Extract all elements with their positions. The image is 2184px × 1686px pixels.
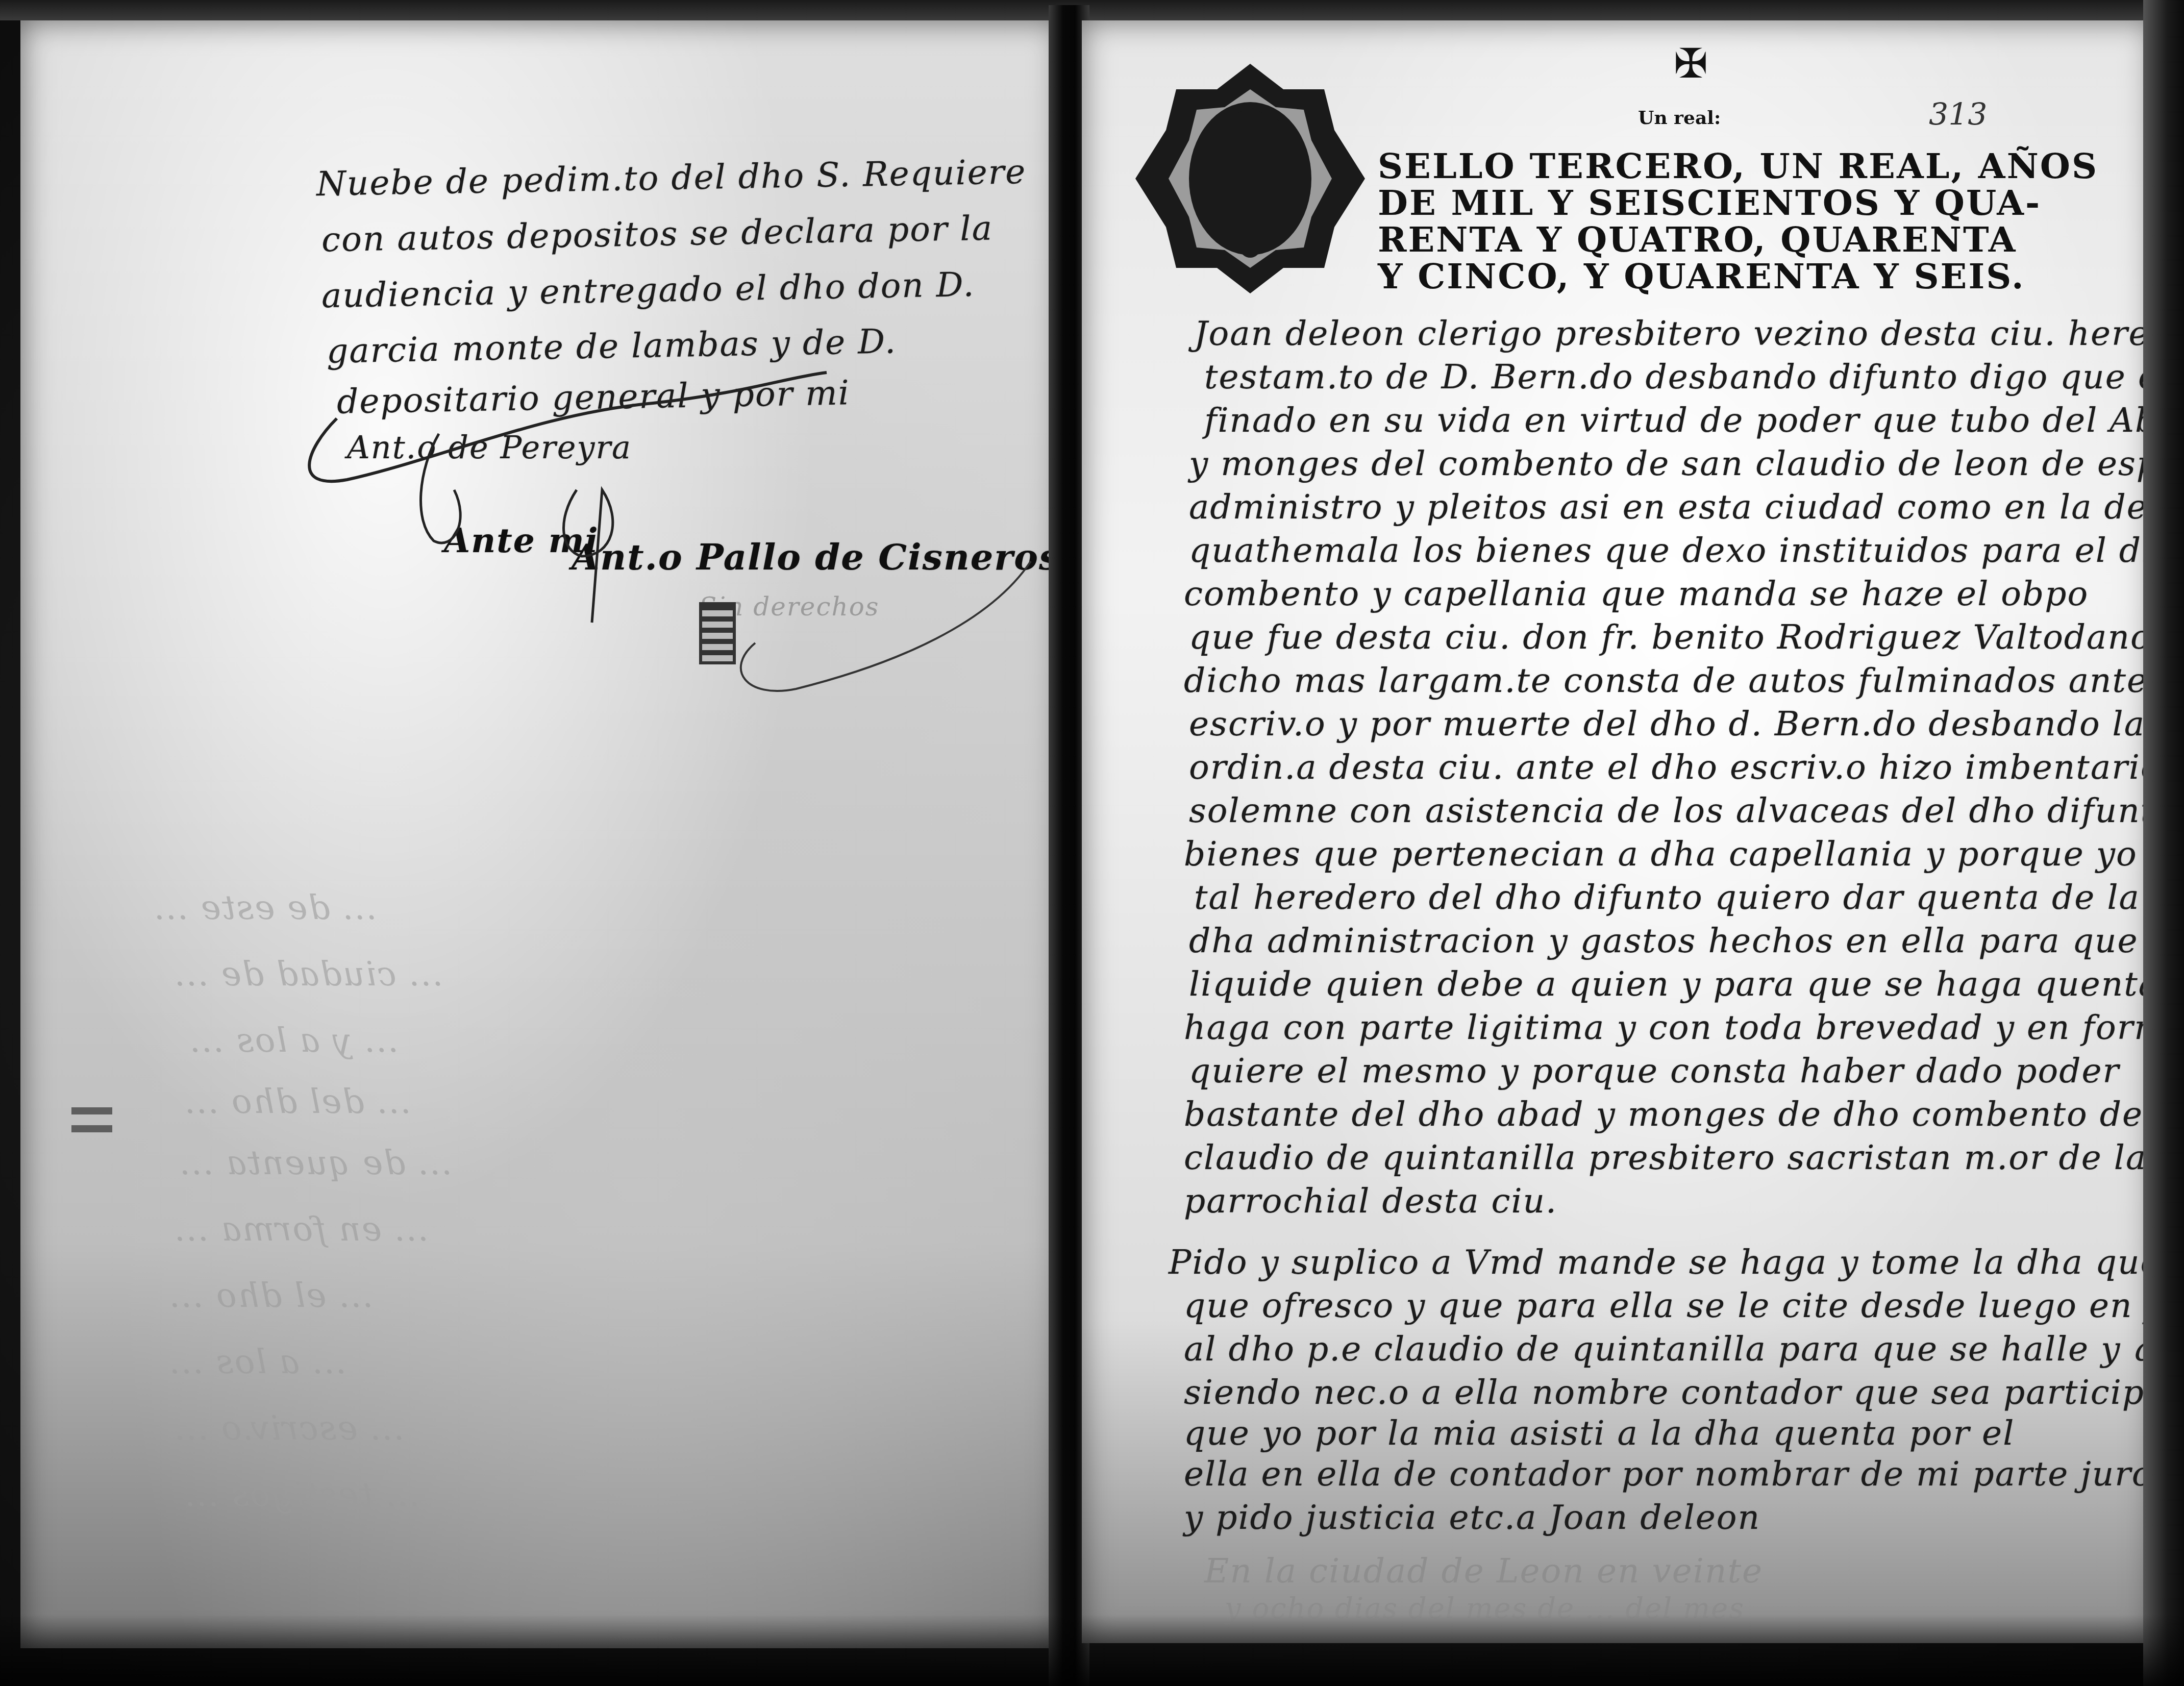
footer-line: En la ciudad de Leon en veinte (1204, 1551, 1763, 1591)
seal-title-line: renta y quatro, quarenta (1378, 221, 2011, 258)
petition-note-line: audiencia y entregado el dho don D. (321, 265, 975, 315)
body-line: parrochial desta ciu. (1184, 1181, 1557, 1221)
bleed-through-line: ... ciudad de ... (173, 954, 443, 994)
bleed-through-line: ... de quenta ... (179, 1143, 452, 1182)
body-line: dha administracion y gastos hechos en el… (1189, 921, 2184, 960)
royal-seal-coat-of-arms (1130, 59, 1370, 299)
bleed-through-line: ... en forma ... (173, 1209, 429, 1249)
bleed-through-line: ... escriv.o ... (173, 1408, 405, 1448)
petition-note-line: con autos depositos se declara por la (321, 209, 993, 260)
seal-title-line: Sello tercero, un real, años (1378, 148, 2011, 185)
fee-stamp-mark (699, 602, 736, 664)
margin-mark (71, 1125, 112, 1132)
body-line: siendo nec.o a ella nombre contador que … (1184, 1373, 2184, 1412)
body-line: haga con parte ligitima y con toda breve… (1184, 1008, 2184, 1047)
rubric-flourish (286, 337, 1061, 725)
seal-price: Un real: (1638, 107, 1721, 129)
manuscript-spread: ... de este ... ... ciudad de ... ... y … (0, 0, 2184, 1686)
left-page: ... de este ... ... ciudad de ... ... y … (20, 20, 1061, 1648)
body-line: ella en ella de contador por nombrar de … (1184, 1454, 2153, 1494)
top-edge (0, 0, 2184, 20)
petition-note-line: Nuebe de pedim.to del dho S. Requiere (316, 152, 1026, 204)
bleed-through-line: ... el dho ... (168, 1276, 373, 1315)
body-line: que fue desta ciu. don fr. benito Rodrig… (1189, 617, 2184, 657)
body-line: administro y pleitos asi en esta ciudad … (1189, 487, 2148, 527)
body-line-signature: y pido justicia etc.a Joan deleon (1184, 1498, 1760, 1537)
body-line: y monges del combento de san claudio de … (1189, 444, 2184, 483)
seal-title-line: de mil y seiscientos y qua- (1378, 185, 2011, 221)
right-page-edge (2143, 0, 2184, 1686)
cross-icon: ✠ (1674, 41, 1704, 87)
bleed-through-line: ... testigos ... (184, 1475, 420, 1514)
body-line: bastante del dho abad y monges de dho co… (1184, 1095, 2184, 1134)
body-line: finado en su vida en virtud de poder que… (1204, 401, 2184, 440)
body-line: que ofresco y que para ella se le cite d… (1184, 1286, 2184, 1325)
body-line: escriv.o y por muerte del dho d. Bern.do… (1189, 704, 2184, 743)
bleed-through-line: ... del dho ... (184, 1082, 411, 1121)
body-line: tal heredero del dho difunto quiero dar … (1194, 878, 2140, 917)
body-line: al dho p.e claudio de quintanilla para q… (1184, 1329, 2184, 1369)
body-line: testam.to de D. Bern.do desbando difunto… (1204, 357, 2184, 396)
folio-number: 313 (1929, 97, 1988, 133)
sealed-paper-title: Sello tercero, un real, años de mil y se… (1378, 148, 2011, 295)
body-line: combento y capellania que manda se haze … (1184, 574, 2089, 613)
bleed-through-line: ... de este ... (153, 888, 377, 927)
body-line: bienes que pertenecian a dha capellania … (1184, 834, 2184, 874)
body-line: claudio de quintanilla presbitero sacris… (1184, 1138, 2184, 1177)
body-line: liquide quien debe a quien y para que se… (1189, 964, 2184, 1004)
body-line: quathemala los bienes que dexo instituid… (1189, 531, 2184, 570)
body-line: solemne con asistencia de los alvaceas d… (1189, 791, 2184, 830)
body-line: Joan deleon clerigo presbitero vezino de… (1194, 314, 2184, 353)
seal-title-line: y cinco, y quarenta y seis. (1378, 258, 2011, 295)
body-line: Pido y suplico a Vmd mande se haga y tom… (1169, 1243, 2184, 1282)
body-line: ordin.a desta ciu. ante el dho escriv.o … (1189, 748, 2162, 787)
bottom-shadow (0, 1615, 2184, 1686)
body-line: quiere el mesmo y porque consta haber da… (1189, 1051, 2120, 1090)
bleed-through-line: ... y a los ... (189, 1021, 399, 1060)
body-line: dicho mas largam.te consta de autos fulm… (1184, 661, 2184, 700)
bleed-through-line: ... a los ... (168, 1342, 346, 1381)
body-line: que yo por la mia asisti a la dha quenta… (1184, 1414, 2015, 1453)
margin-mark (71, 1107, 112, 1114)
